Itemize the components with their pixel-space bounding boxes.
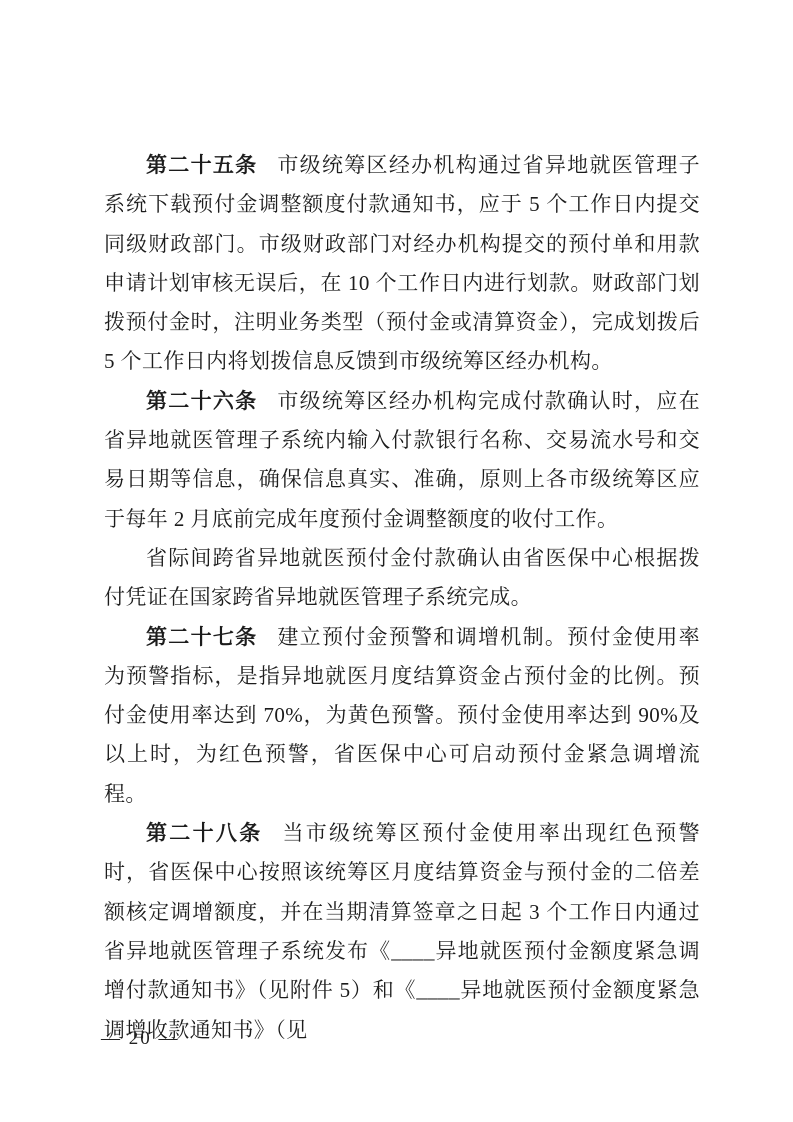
paragraph: 第二十八条当市级统筹区预付金使用率出现红色预警时，省医保中心按照该统筹区月度结算… [104, 814, 700, 1050]
paragraph-text: 当市级统筹区预付金使用率出现红色预警时，省医保中心按照该统筹区月度结算资金与预付… [104, 821, 700, 1041]
paragraph-text: 省际间跨省异地就医预付金付款确认由省医保中心根据拨付凭证在国家跨省异地就医管理子… [104, 546, 700, 609]
article-number: 第二十八条 [146, 821, 263, 845]
paragraph: 第二十六条市级统筹区经办机构完成付款确认时，应在省异地就医管理子系统内输入付款银… [104, 382, 700, 539]
paragraph-text: 市级统筹区经办机构通过省异地就医管理子系统下载预付金调整额度付款通知书，应于 5… [104, 153, 700, 373]
paragraph: 第二十七条建立预付金预警和调增机制。预付金使用率为预警指标，是指异地就医月度结算… [104, 618, 700, 814]
document-page: 第二十五条市级统筹区经办机构通过省异地就医管理子系统下载预付金调整额度付款通知书… [0, 0, 793, 1122]
article-number: 第二十五条 [146, 153, 257, 177]
paragraph-text: 建立预付金预警和调增机制。预付金使用率为预警指标，是指异地就医月度结算资金占预付… [104, 625, 700, 806]
document-body: 第二十五条市级统筹区经办机构通过省异地就医管理子系统下载预付金调整额度付款通知书… [104, 146, 700, 1050]
paragraph: 省际间跨省异地就医预付金付款确认由省医保中心根据拨付凭证在国家跨省异地就医管理子… [104, 539, 700, 618]
article-number: 第二十六条 [146, 389, 257, 413]
page-number: — 20 — [101, 1028, 180, 1050]
paragraph: 第二十五条市级统筹区经办机构通过省异地就医管理子系统下载预付金调整额度付款通知书… [104, 146, 700, 382]
article-number: 第二十七条 [146, 625, 257, 649]
